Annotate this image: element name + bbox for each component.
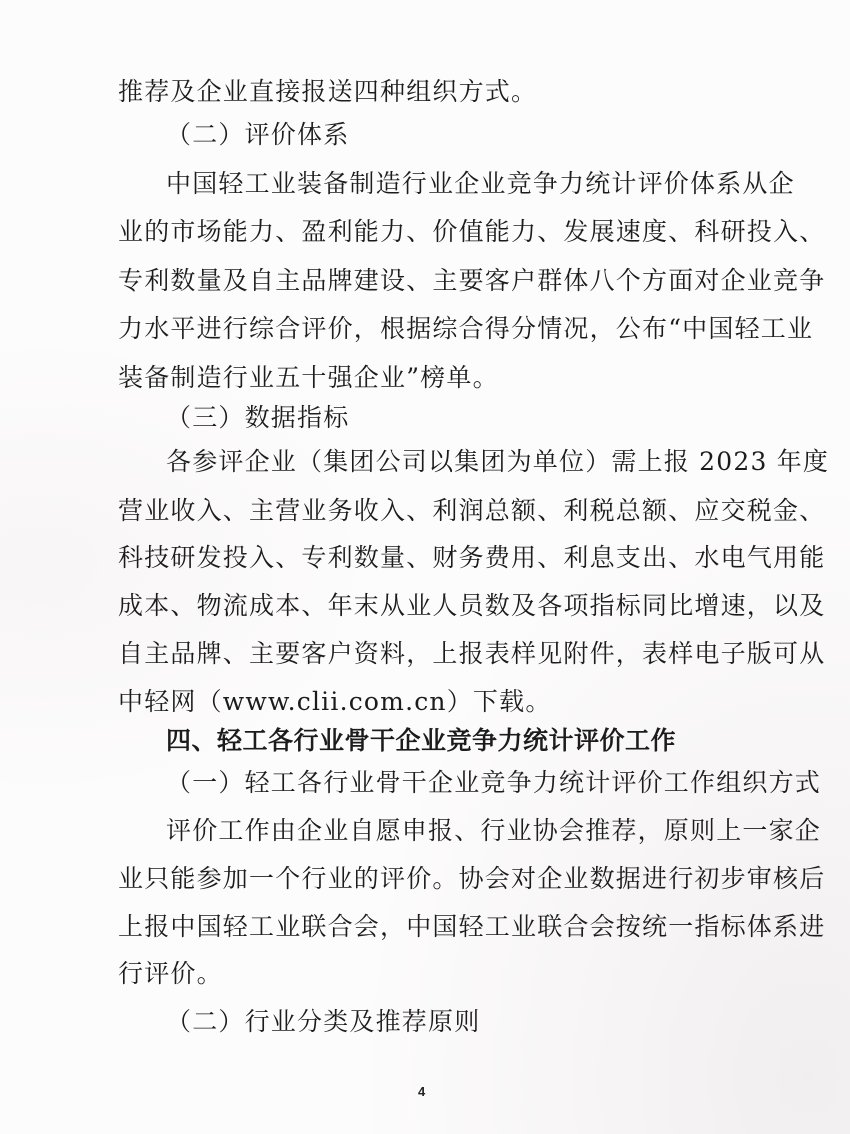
paragraph-line: 营业收入、主营业务收入、利润总额、利税总额、应交税金、 [118, 496, 738, 526]
paragraph-line: 业只能参加一个行业的评价。协会对企业数据进行初步审核后 [118, 864, 738, 894]
paragraph-line: 专利数量及自主品牌建设、主要客户群体八个方面对企业竞争 [118, 266, 738, 296]
subheading-organization-method: （一）轻工各行业骨干企业竞争力统计评价工作组织方式 [166, 768, 738, 798]
paragraph-line: 中国轻工业装备制造行业企业竞争力统计评价体系从企 [166, 169, 738, 199]
paragraph-line: 业的市场能力、盈利能力、价值能力、发展速度、科研投入、 [118, 217, 738, 247]
paragraph-line: 评价工作由企业自愿申报、行业协会推荐，原则上一家企 [166, 816, 738, 846]
paragraph-line: 力水平进行综合评价，根据综合得分情况，公布“中国轻工业 [118, 314, 738, 344]
paragraph-line: 科技研发投入、专利数量、财务费用、利息支出、水电气用能 [118, 543, 738, 573]
subheading-industry-classification: （二）行业分类及推荐原则 [166, 1007, 738, 1037]
subheading-data-indicators: （三）数据指标 [166, 403, 738, 433]
paragraph-line: 上报中国轻工业联合会，中国轻工业联合会按统一指标体系进 [118, 912, 738, 942]
paragraph-line: 推荐及企业直接报送四种组织方式。 [118, 77, 738, 107]
paragraph-line: 自主品牌、主要客户资料，上报表样见附件，表样电子版可从 [118, 639, 738, 669]
subheading-evaluation-system: （二）评价体系 [166, 120, 738, 150]
page-number: 4 [418, 1084, 425, 1099]
paragraph-line: 成本、物流成本、年末从业人员数及各项指标同比增速，以及 [118, 591, 738, 621]
document-page: 推荐及企业直接报送四种组织方式。 （二）评价体系 中国轻工业装备制造行业企业竞争… [0, 0, 850, 1134]
paragraph-line: 行评价。 [118, 959, 738, 989]
paragraph-line-with-link: 中轻网（www.clii.com.cn）下载。 [118, 687, 738, 717]
paragraph-line: 各参评企业（集团公司以集团为单位）需上报 2023 年度 [166, 447, 738, 477]
paragraph-line: 装备制造行业五十强企业”榜单。 [118, 363, 738, 393]
section-heading-4: 四、轻工各行业骨干企业竞争力统计评价工作 [166, 726, 738, 756]
